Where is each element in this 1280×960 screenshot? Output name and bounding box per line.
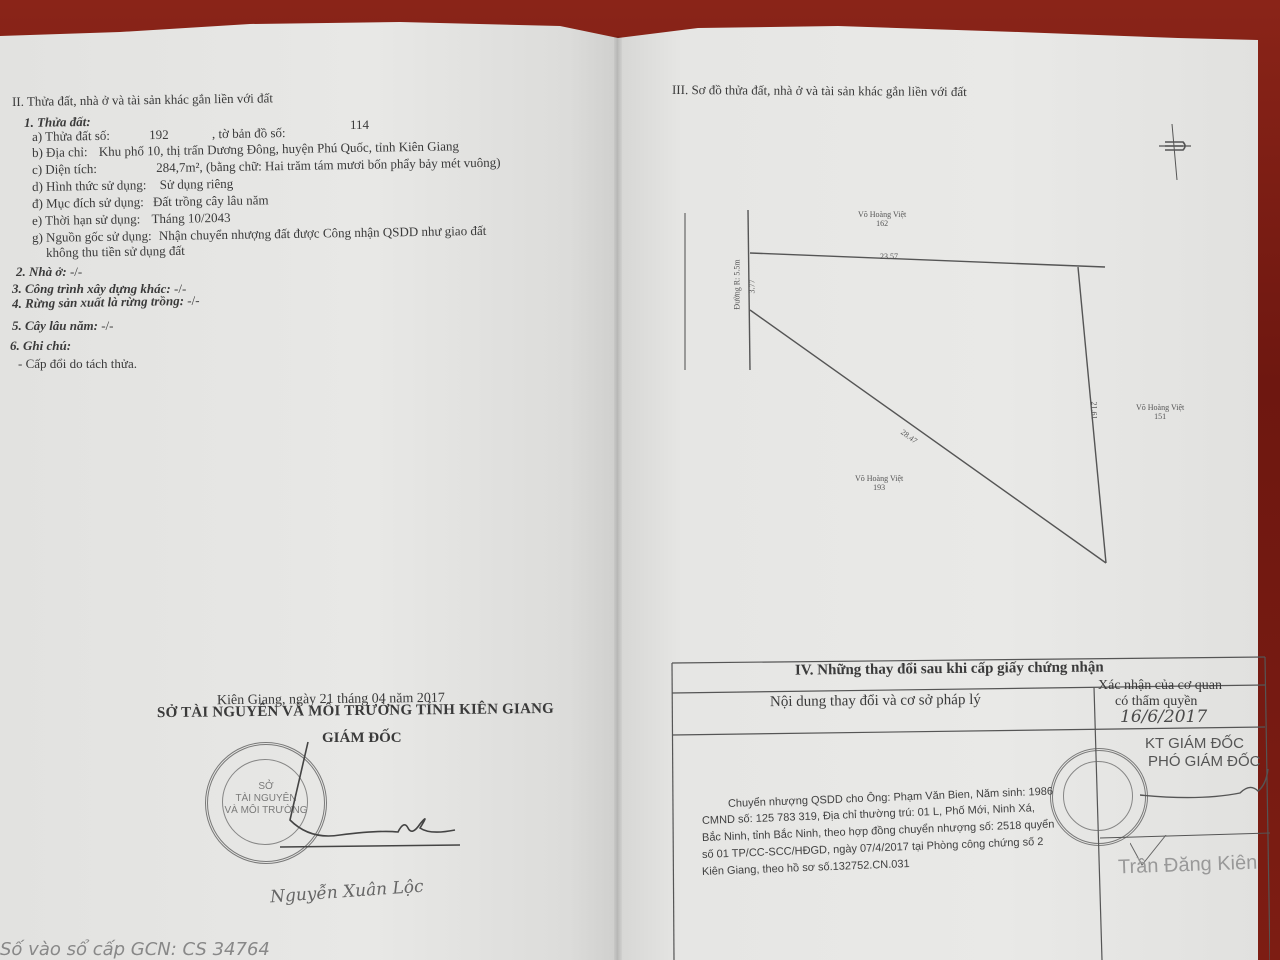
usage-origin-continued: không thu tiền sử dụng đất: [46, 243, 185, 260]
signature-mark-left: [280, 740, 460, 860]
usage-origin-label: g) Nguồn gốc sử dụng:: [32, 228, 152, 245]
map-sheet-label: , tờ bản đồ số:: [212, 125, 286, 141]
page-spine: [614, 36, 622, 960]
section-3-title: III. Sơ đồ thửa đất, nhà ở và tài sản kh…: [672, 82, 967, 99]
neighbor-bottom: Võ Hoàng Việt 193: [855, 474, 903, 492]
usage-form-row: d) Hình thức sử dụng: Sử dụng riêng: [32, 176, 233, 194]
usage-form-label: d) Hình thức sử dụng:: [32, 177, 147, 194]
perennial-trees-value: -/-: [101, 318, 113, 333]
neighbor-top: Võ Hoàng Việt 162: [858, 210, 906, 228]
usage-form-value: Sử dụng riêng: [160, 176, 234, 192]
perennial-trees-label: 5. Cây lâu năm:: [12, 318, 98, 333]
parcel-number-value: 192: [149, 127, 169, 142]
certificate-register-number: Số vào sổ cấp GCN: CS 34764: [0, 942, 270, 957]
confirmation-title-1: KT GIÁM ĐỐC: [1145, 736, 1244, 751]
changes-column-header: Nội dung thay đổi và cơ sở pháp lý: [770, 693, 981, 710]
usage-purpose-label: đ) Mục đích sử dụng:: [32, 194, 144, 211]
area-label: c) Diện tích:: [32, 161, 97, 177]
confirmation-column-header-line1: Xác nhận của cơ quan: [1098, 678, 1222, 693]
note-text: - Cấp đổi do tách thửa.: [18, 356, 137, 371]
neighbor-right: Võ Hoàng Việt 151: [1136, 403, 1184, 421]
road-label: Đường R: 5.5m: [733, 259, 742, 309]
usage-term-row: e) Thời hạn sử dụng: Tháng 10/2043: [32, 210, 231, 228]
official-stamp-right: [1050, 748, 1148, 846]
edge-length-left: 3.77: [748, 280, 757, 294]
house-row: 2. Nhà ở: -/-: [16, 264, 82, 279]
perennial-trees-row: 5. Cây lâu năm: -/-: [12, 318, 114, 333]
edge-length-top: 23.57: [880, 252, 898, 261]
parcel-sketch: [660, 195, 1160, 595]
note-heading: 6. Ghi chú:: [10, 338, 71, 353]
map-sheet-value: 114: [350, 117, 369, 132]
usage-term-label: e) Thời hạn sử dụng:: [32, 211, 141, 228]
usage-purpose-value: Đất trồng cây lâu năm: [153, 192, 269, 209]
production-forest-label: 4. Rừng sản xuất là rừng trồng:: [12, 293, 184, 311]
production-forest-value: -/-: [187, 293, 200, 308]
address-label: b) Địa chỉ:: [32, 144, 88, 160]
usage-term-value: Tháng 10/2043: [151, 210, 230, 226]
confirmation-signer: Trần Đăng Kiên: [1118, 856, 1258, 876]
edge-length-right: 21.61: [1090, 402, 1099, 420]
north-arrow-icon: [1155, 122, 1195, 182]
parcel-number-label: a) Thửa đất số:: [32, 128, 110, 144]
house-label: 2. Nhà ở:: [16, 264, 67, 279]
house-value: -/-: [70, 264, 82, 279]
confirmation-date: 16/6/2017: [1120, 710, 1207, 725]
signature-mark-right: [1140, 765, 1270, 805]
